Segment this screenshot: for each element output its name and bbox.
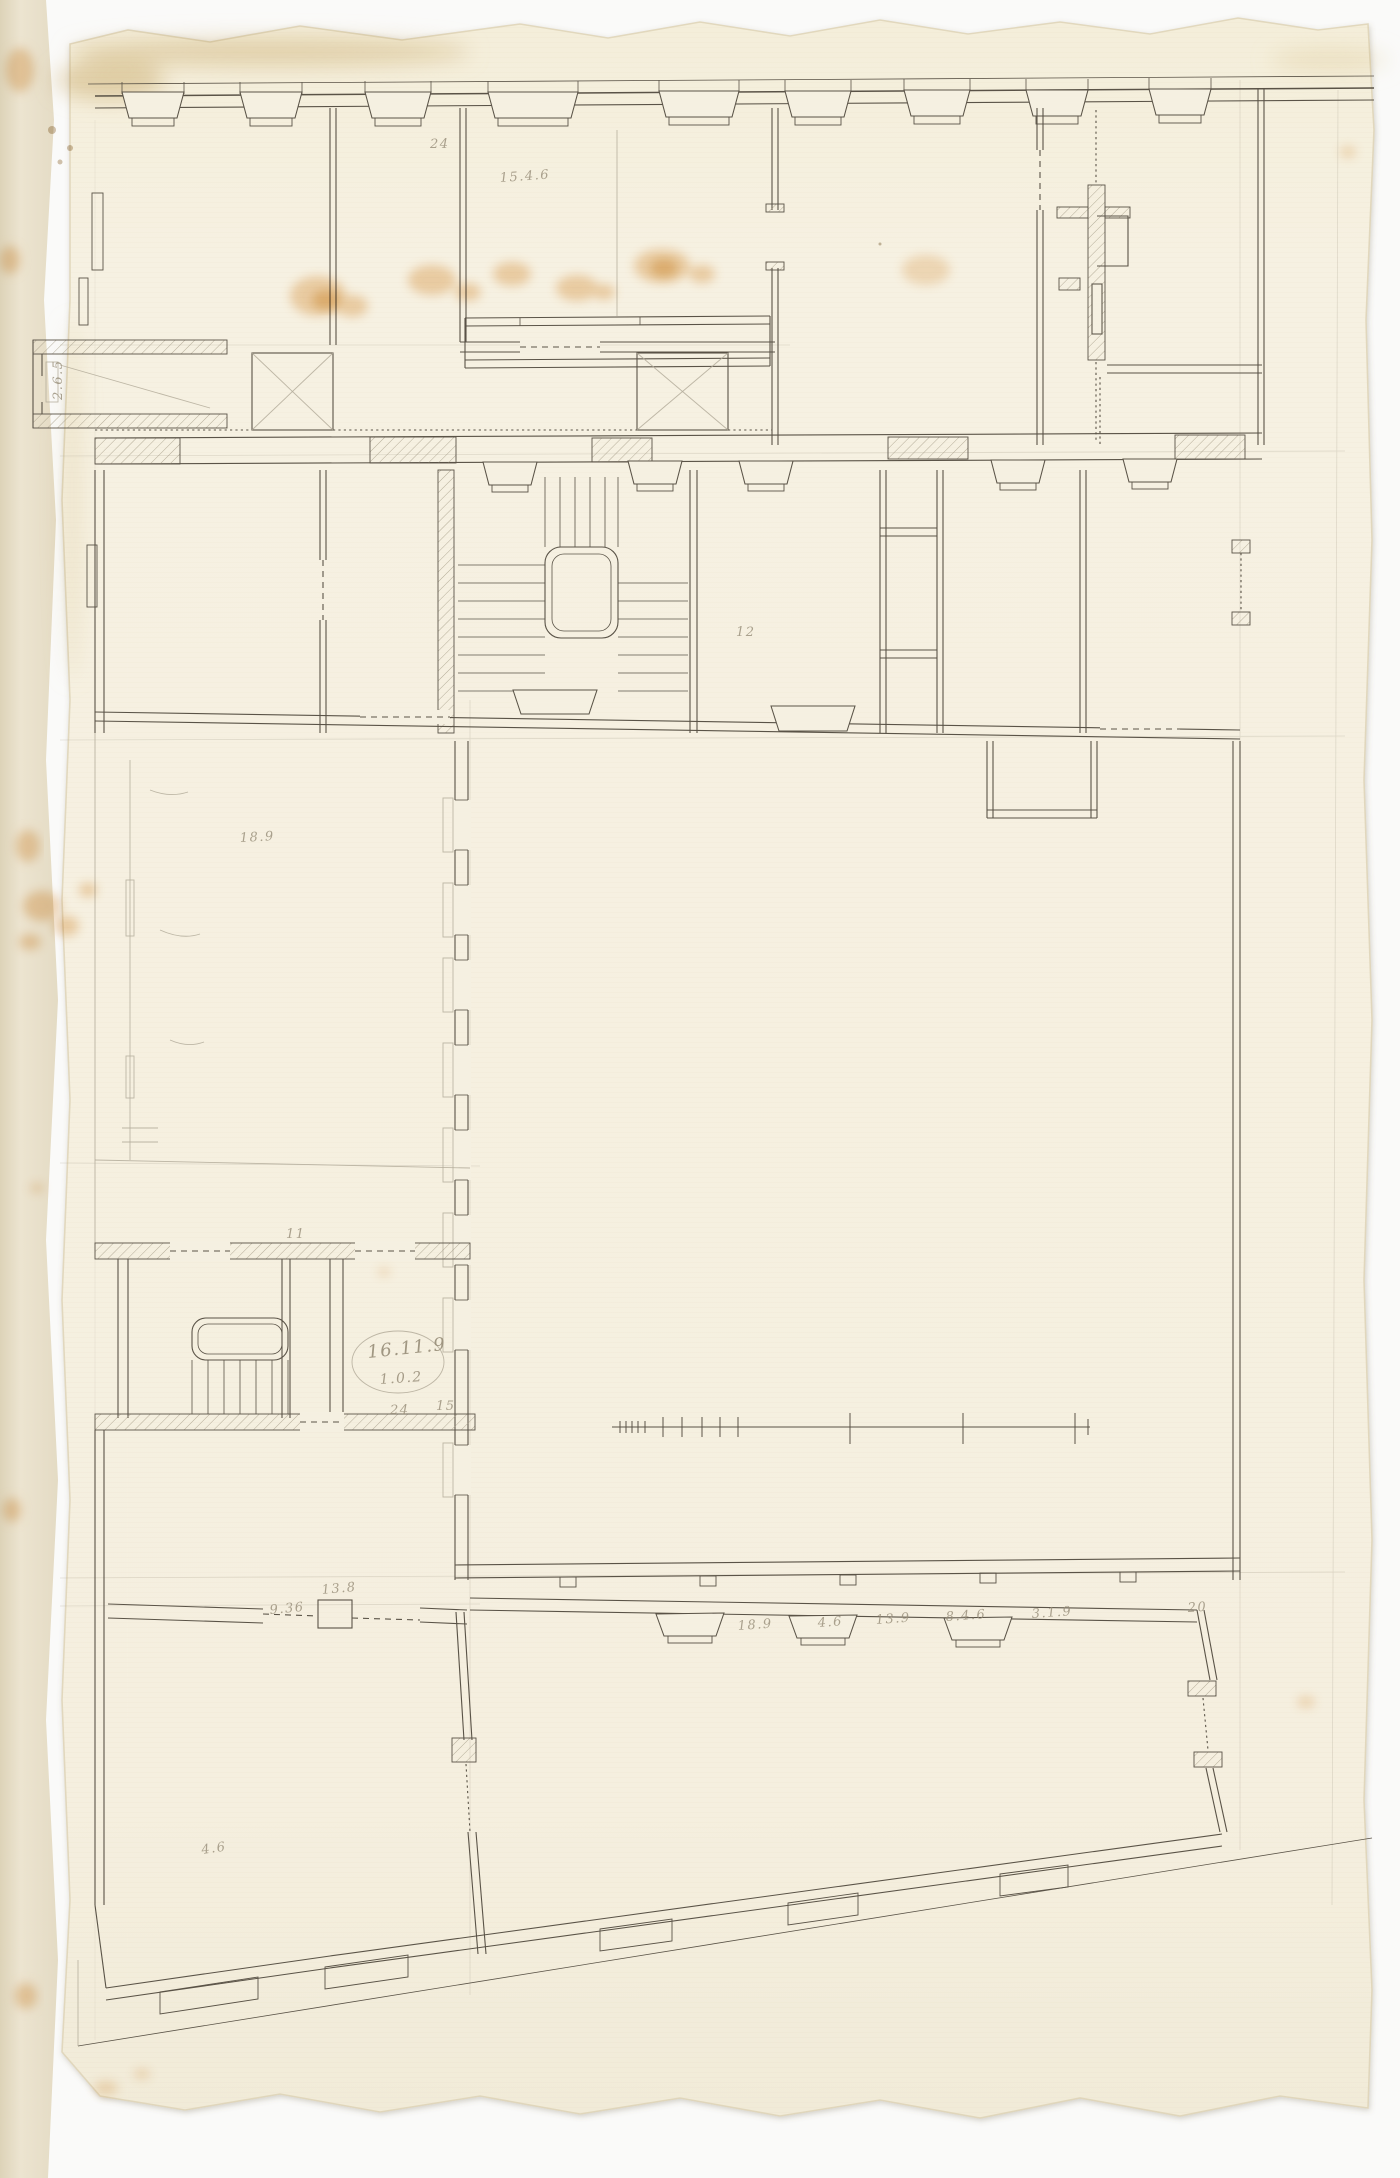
oval-note-line2: 1.0.2 [379,1369,423,1388]
handwritten-dimension: 24 [389,1403,410,1418]
handwritten-dimension: 18.9 [239,829,275,846]
handwritten-dimension: 18.9 [737,1617,773,1634]
handwritten-dimension: 24 [429,137,450,152]
handwritten-dimension: 11 [286,1227,306,1242]
handwritten-dimension: 13.8 [321,1580,357,1598]
scan-backdrop: 16.11.9 1.0.2 [0,0,1400,2178]
handwritten-dimension: 2.6.5 [51,359,66,401]
handwritten-dimension: 13.9 [875,1611,911,1628]
handwritten-dimension: 12 [736,625,756,640]
handwritten-dimension: 3.1.9 [1031,1604,1073,1622]
paper-sheet [62,18,1374,2118]
handwritten-dimension: 4.6 [816,1614,843,1631]
handwritten-dimension: 9.36 [269,1600,305,1618]
floor-plan-scan: 16.11.9 1.0.2 [0,0,1400,2178]
handwritten-dimension: 8.4.6 [945,1607,987,1625]
handwritten-dimension: 20 [1186,1600,1208,1616]
stair-hall-west-wall [438,470,454,733]
handwritten-dimension: 15 [436,1399,456,1414]
